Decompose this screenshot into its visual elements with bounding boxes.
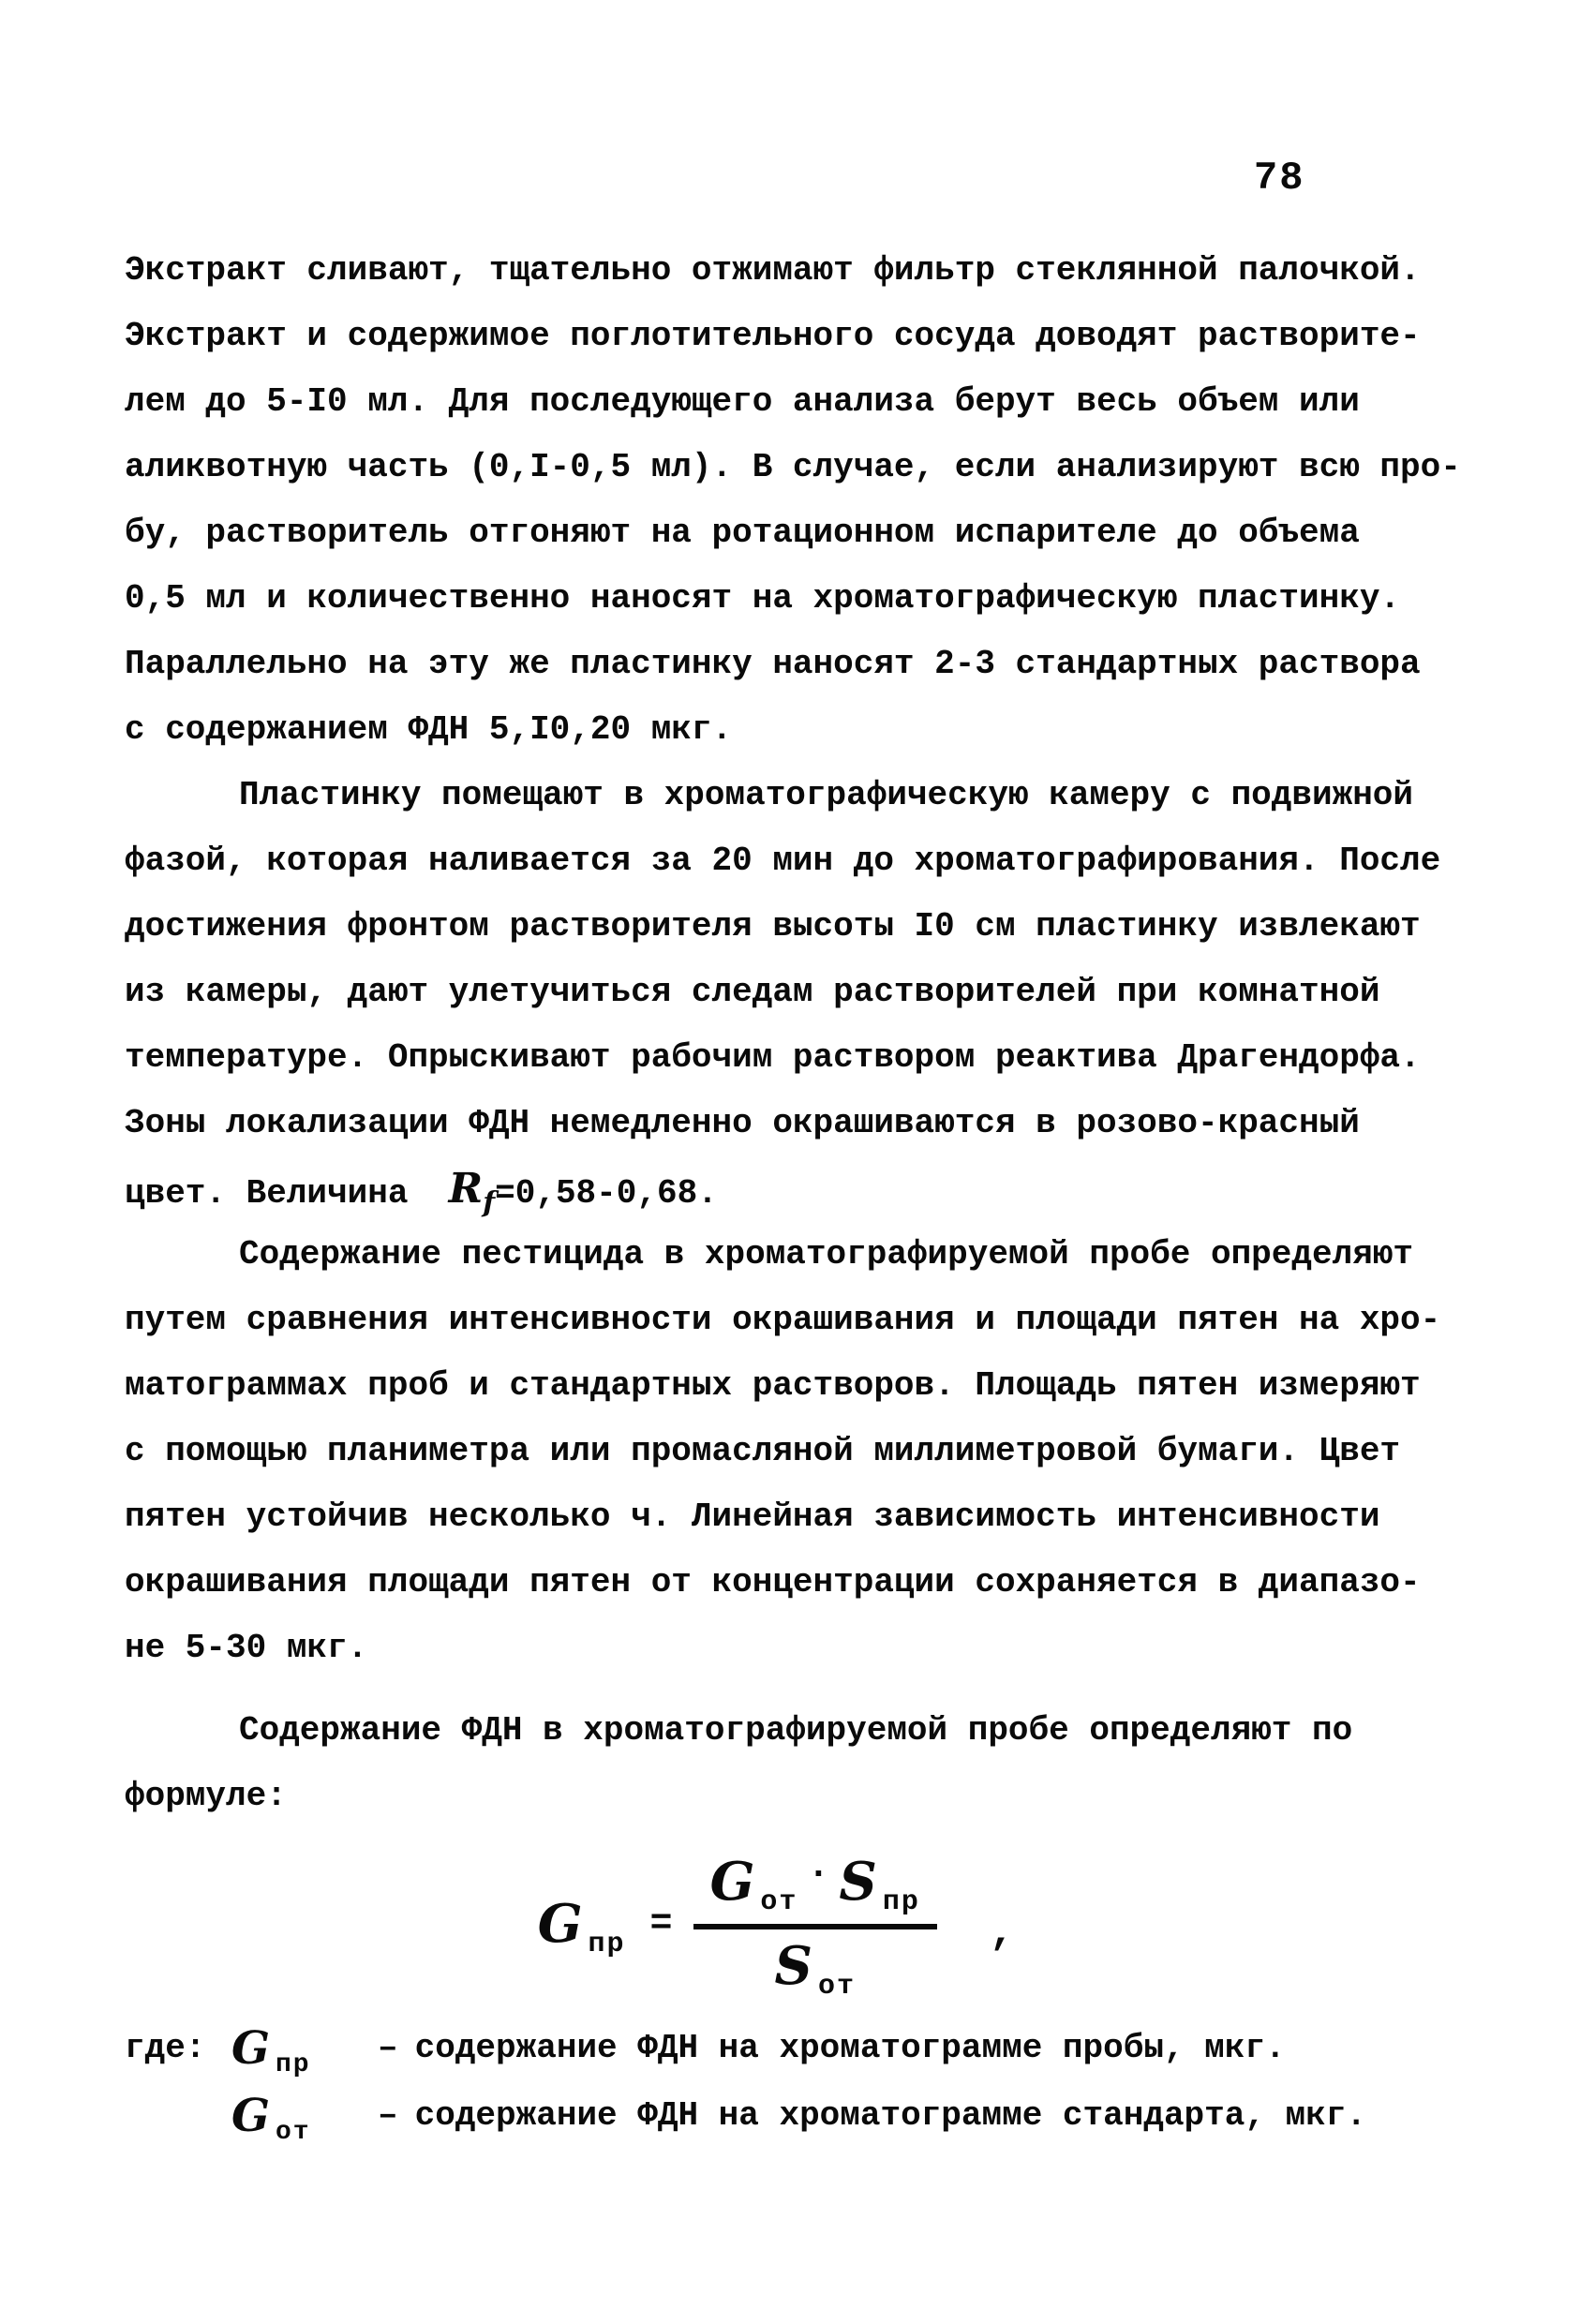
text-line: пятен устойчив несколько ч. Линейная зав… xyxy=(125,1484,1483,1550)
text-line: путем сравнения интенсивности окрашивани… xyxy=(125,1288,1483,1353)
text-line-paragraph-start: Пластинку помещают в хроматографическую … xyxy=(125,763,1483,828)
where-symbol: Gпр xyxy=(231,2019,378,2078)
fraction-numerator: Gот·Sпр xyxy=(693,1851,937,1929)
text-line: Экстракт сливают, тщательно отжимают фил… xyxy=(125,238,1483,304)
g-ot-subscript: от xyxy=(276,2103,311,2163)
definition-text: содержание ФДН на хроматограмме стандарт… xyxy=(415,2086,1366,2146)
text-line: аликвотную часть (0,I-0,5 мл). В случае,… xyxy=(125,435,1483,500)
g-ot-symbol: G xyxy=(231,2086,270,2146)
numerator-s-symbol: S xyxy=(839,1851,876,1913)
where-label: где: xyxy=(125,2019,218,2078)
formula-lhs-subscript: пр xyxy=(589,1929,626,1960)
formula-lhs-symbol: G xyxy=(538,1893,583,1955)
text-line: формуле: xyxy=(125,1764,1483,1829)
body-text: Экстракт сливают, тщательно отжимают фил… xyxy=(125,238,1483,2153)
text-line: из камеры, дают улетучиться следам раств… xyxy=(125,960,1483,1025)
g-pr-subscript: пр xyxy=(276,2035,311,2095)
text-line: Экстракт и содержимое поглотительного со… xyxy=(125,304,1483,369)
text-line: фазой, которая наливается за 20 мин до х… xyxy=(125,828,1483,894)
text-line-paragraph-start: Содержание пестицида в хроматографируемо… xyxy=(125,1222,1483,1288)
document-page: 78 Экстракт сливают, тщательно отжимают … xyxy=(0,0,1595,2324)
text-line: температуре. Опрыскивают рабочим раствор… xyxy=(125,1025,1483,1091)
text-line: бу, растворитель отгоняют на ротационном… xyxy=(125,500,1483,566)
where-row: Gот – содержание ФДН на хроматограмме ст… xyxy=(125,2086,1483,2153)
denominator-s-symbol: S xyxy=(774,1935,812,1997)
fraction: Gот·Sпр Sот xyxy=(693,1851,937,1997)
formula-trailing-comma: , xyxy=(990,1910,1014,1957)
definition-dash: – xyxy=(378,2019,398,2078)
numerator-s-subscript: пр xyxy=(883,1886,920,1918)
definition-text: содержание ФДН на хроматограмме пробы, м… xyxy=(415,2019,1286,2078)
text-line: матограммах проб и стандартных растворов… xyxy=(125,1353,1483,1419)
text-line: окрашивания площади пятен от концентраци… xyxy=(125,1550,1483,1616)
text-line-paragraph-start: Содержание ФДН в хроматографируемой проб… xyxy=(125,1698,1483,1764)
text-line: Зоны локализации ФДН немедленно окрашива… xyxy=(125,1091,1483,1156)
page-number: 78 xyxy=(1254,156,1304,201)
text-line: 0,5 мл и количественно наносят на хромат… xyxy=(125,566,1483,632)
where-row: где: Gпр – содержание ФДН на хроматограм… xyxy=(125,2019,1483,2086)
rf-prefix: цвет. Величина xyxy=(125,1174,449,1213)
text-line: не 5-30 мкг. xyxy=(125,1616,1483,1681)
formula-lhs: Gпр xyxy=(538,1893,626,1955)
equals-sign: = xyxy=(650,1903,673,1945)
where-definitions: где: Gпр – содержание ФДН на хроматограм… xyxy=(125,2019,1483,2153)
rf-symbol: R xyxy=(449,1165,484,1213)
g-pr-symbol: G xyxy=(231,2019,270,2078)
fraction-denominator: Sот xyxy=(693,1929,937,1997)
numerator-g-subscript: от xyxy=(760,1886,797,1918)
rf-value-line: цвет. Величина Rf=0,58-0,68. xyxy=(125,1156,1483,1222)
rf-subscript: f xyxy=(483,1170,495,1236)
formula-g-pr: Gпр = Gот·Sпр Sот , xyxy=(125,1835,1427,2013)
rf-range: =0,58-0,68. xyxy=(495,1174,718,1213)
denominator-s-subscript: от xyxy=(818,1971,856,2003)
numerator-g-symbol: G xyxy=(710,1851,755,1913)
text-line: лем до 5-I0 мл. Для последующего анализа… xyxy=(125,369,1483,435)
text-line: достижения фронтом растворителя высоты I… xyxy=(125,894,1483,960)
multiplication-dot: · xyxy=(807,1854,829,1896)
text-line: с помощью планиметра или промасляной мил… xyxy=(125,1419,1483,1484)
definition-dash: – xyxy=(378,2086,398,2146)
text-line: с содержанием ФДН 5,I0,20 мкг. xyxy=(125,697,1483,763)
text-line: Параллельно на эту же пластинку наносят … xyxy=(125,632,1483,697)
